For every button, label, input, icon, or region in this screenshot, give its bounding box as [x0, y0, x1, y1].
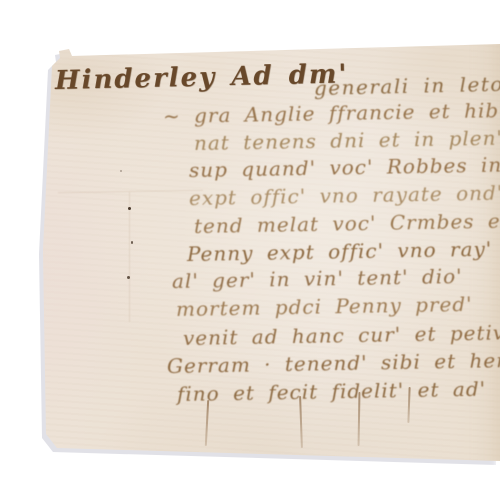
ink-speck — [131, 241, 133, 244]
manuscript-line: nat tenens dni et in plen' — [194, 126, 500, 155]
manuscript-paper: Hinderley Ad dm' generali in leto ~ gra … — [0, 0, 500, 500]
pen-descender-stroke — [358, 392, 361, 446]
manuscript-line: Penny expt offic' vno ray' — [187, 237, 493, 266]
manuscript-line: ~ gra Anglie ffrancie et hib' — [163, 98, 500, 128]
pen-descender-stroke — [205, 400, 209, 446]
manuscript-line: mortem pdci Penny pred' — [176, 292, 473, 321]
manuscript-line: fino et fecit fidelit' et ad' — [177, 377, 486, 406]
ink-speck — [127, 276, 130, 279]
manuscript-heading: Hinderley Ad dm' — [55, 59, 349, 96]
manuscript-line: tend melat voc' Crmbes et — [194, 208, 500, 238]
ink-speck — [128, 207, 131, 210]
pen-descender-stroke — [407, 387, 410, 423]
manuscript-line: Gerram · tenend' sibi et her' — [167, 348, 500, 378]
paper-crease — [129, 192, 130, 322]
manuscript-heading-suffix: generali in leto — [314, 72, 500, 100]
manuscript-line: venit ad hanc cur' et petiv' — [183, 320, 500, 350]
manuscript-photo: Hinderley Ad dm' generali in leto ~ gra … — [0, 0, 500, 500]
manuscript-line: sup quand' voc' Robbes int' — [189, 152, 500, 182]
manuscript-line: al' ger' in vin' tent' dio' — [172, 264, 463, 293]
manuscript-line: expt offic' vno rayate ond' — [189, 181, 500, 210]
ink-speck — [120, 170, 122, 172]
paper-crease — [58, 190, 203, 194]
